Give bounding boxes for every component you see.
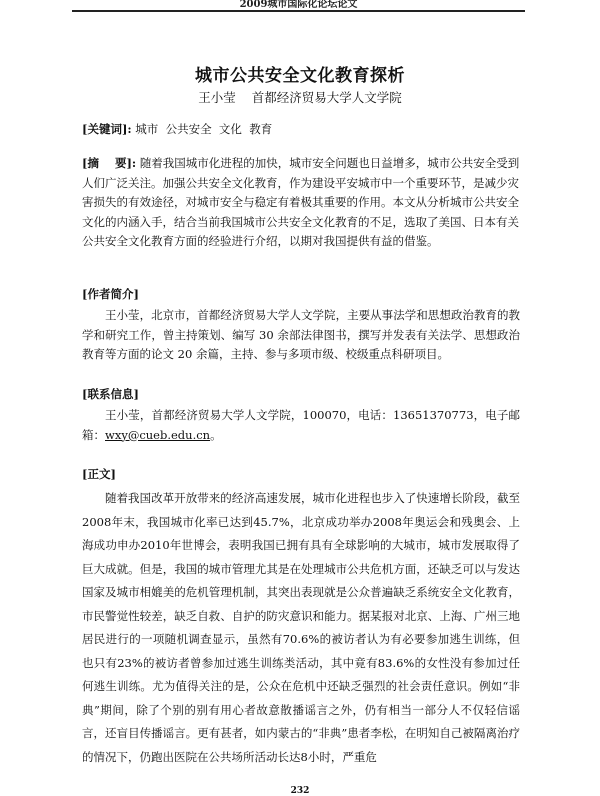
contact-heading: [联系信息] <box>82 386 139 402</box>
abstract: [摘 要]: 随着我国城市化进程的加快，城市安全问题也日益增多，城市公共安全受到… <box>82 154 520 252</box>
keywords-text: 城市 公共安全 文化 教育 <box>135 122 272 136</box>
header-rule <box>72 10 525 12</box>
byline: 王小莹首都经济贸易大学人文学院 <box>0 88 600 106</box>
page-number: 232 <box>0 786 600 796</box>
body-text: 随着我国改革开放带来的经济高速发展，城市化进程也步入了快速增长阶段，截至2008… <box>82 487 520 769</box>
contact-info: 王小莹，首都经济贸易大学人文学院，100070，电话：13651370773，电… <box>82 406 520 445</box>
contact-paragraph: 王小莹，首都经济贸易大学人文学院，100070，电话：13651370773，电… <box>82 406 520 445</box>
contact-end: 。 <box>210 428 222 442</box>
author-intro-heading: [作者简介] <box>82 286 139 302</box>
body-heading: [正文] <box>82 466 116 482</box>
author-name: 王小莹 <box>198 90 236 105</box>
body-paragraph: 随着我国改革开放带来的经济高速发展，城市化进程也步入了快速增长阶段，截至2008… <box>82 487 520 769</box>
abstract-label: [摘 要]: <box>82 156 136 170</box>
abstract-text: 随着我国城市化进程的加快，城市安全问题也日益增多，城市公共安全受到人们广泛关注。… <box>82 156 519 248</box>
keywords: [关键词]: 城市 公共安全 文化 教育 <box>82 120 520 140</box>
author-affiliation: 首都经济贸易大学人文学院 <box>252 90 402 105</box>
keywords-label: [关键词]: <box>82 122 132 136</box>
email-link[interactable]: wxy@cueb.edu.cn <box>105 428 210 442</box>
running-header: 2009城市国际化论坛论文 <box>72 0 525 10</box>
article-title: 城市公共安全文化教育探析 <box>0 61 600 86</box>
author-intro: 王小莹，北京市，首都经济贸易大学人文学院，主要从事法学和思想政治教育的教学和研究… <box>82 306 520 365</box>
author-intro-text: 王小莹，北京市，首都经济贸易大学人文学院，主要从事法学和思想政治教育的教学和研究… <box>82 306 520 365</box>
